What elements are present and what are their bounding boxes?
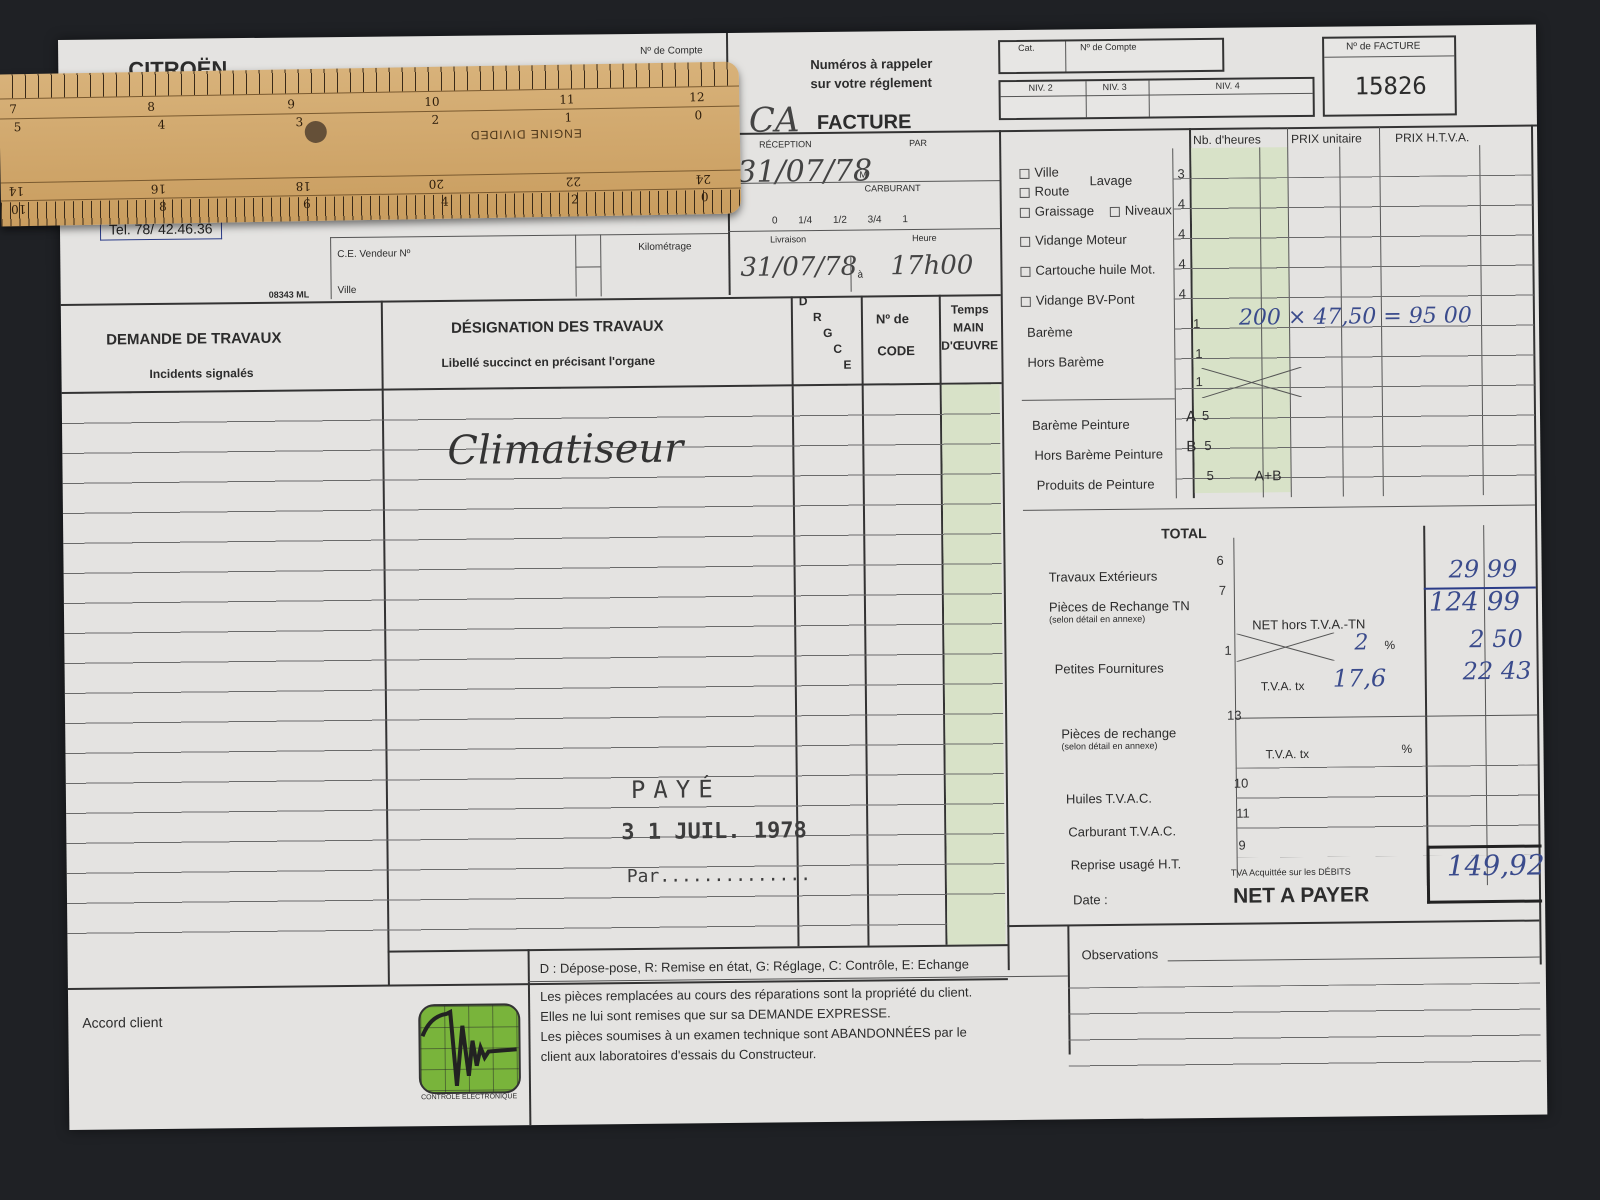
- ruler-number: 7: [9, 102, 17, 116]
- header-price-htva: PRIX H.T.V.A.: [1395, 130, 1469, 145]
- divider: [1235, 715, 1537, 719]
- travaux-ext-label: Travaux Extérieurs: [1049, 569, 1158, 585]
- divider: [1022, 398, 1175, 401]
- drgce-r: R: [813, 310, 822, 324]
- divider: [1148, 81, 1149, 117]
- code-9: 9: [1238, 838, 1245, 853]
- code-4: 4: [1178, 226, 1185, 241]
- divider: [1, 170, 741, 184]
- ruler-stain: [305, 121, 327, 143]
- accord-client-label: Accord client: [82, 1014, 162, 1031]
- designation-subtitle: Libellé succinct en précisant l'organe: [441, 354, 655, 370]
- service-label: Route: [1035, 183, 1070, 198]
- notice-line-2: Elles ne lui sont remises que sur sa DEM…: [540, 1005, 891, 1024]
- service-label: Vidange Moteur: [1035, 232, 1127, 248]
- carburant-label: Carburant T.V.A.C.: [1068, 823, 1176, 839]
- ruler-number: 2: [431, 113, 439, 127]
- ruler-number: 3: [295, 115, 303, 129]
- divider: [575, 266, 600, 267]
- service-niveaux[interactable]: Niveaux: [1110, 202, 1172, 218]
- notice-line-1: Les pièces remplacées au cours des répar…: [540, 984, 972, 1004]
- account-boxes: Cat. Nº de Compte: [998, 38, 1224, 74]
- bareme-peinture-label: Barème Peinture: [1032, 417, 1130, 433]
- bareme-calculation-handwritten: 200 × 47,50 = 95 00: [1239, 303, 1472, 330]
- document-code: 08343 ML: [269, 289, 310, 299]
- checkbox-icon[interactable]: [1019, 168, 1029, 178]
- level-boxes: NIV. 2 NIV. 3 NIV. 4: [998, 77, 1314, 120]
- crossed-cell-icon: [1201, 367, 1301, 398]
- hors-bareme-peinture-label: Hors Barème Peinture: [1034, 446, 1163, 462]
- niv4-label: NIV. 4: [1215, 81, 1239, 91]
- account-label: Nº de Compte: [1080, 42, 1136, 53]
- pieces-rechange-sub: (selon détail en annexe): [1061, 741, 1157, 752]
- pieces-rechange-label: Pièces de rechange: [1061, 725, 1176, 741]
- ruler-number: 1: [564, 110, 572, 124]
- demande-subtitle: Incidents signalés: [149, 366, 253, 381]
- code-4: 4: [1178, 256, 1185, 271]
- ruler-number: 5: [14, 120, 22, 134]
- ruler-number: 12: [689, 90, 705, 104]
- notice-line-3: Les pièces soumises à un examen techniqu…: [540, 1025, 966, 1044]
- service-graissage[interactable]: Graissage: [1020, 203, 1094, 219]
- labor-time-column: [947, 910, 1005, 943]
- electronic-control-logo: [418, 1003, 521, 1094]
- ruler-number: 22: [566, 174, 582, 188]
- fuel-scale: 0 1/4 1/2 3/4 1: [772, 214, 908, 226]
- ruler-number: 16: [151, 182, 167, 196]
- ruler-number: 8: [147, 100, 155, 114]
- code-title-1: Nº de: [876, 311, 909, 326]
- divider: [1001, 93, 1313, 97]
- drgce-d: D: [799, 294, 808, 308]
- service-label: Niveaux: [1125, 202, 1172, 217]
- demande-title: DEMANDE DE TRAVAUX: [106, 330, 281, 349]
- code-5: 5: [1207, 468, 1214, 483]
- observations-lines: [1068, 983, 1541, 1068]
- percent-sign: %: [1384, 638, 1395, 652]
- notice-line-4: client aux laboratoires d'essais du Cons…: [541, 1046, 817, 1064]
- logo-caption: CONTROLE ELECTRONIQUE: [421, 1093, 517, 1101]
- tva-1-percent: 17,6: [1333, 664, 1387, 693]
- pieces-tn-sub: (selon détail en annexe): [1049, 614, 1145, 625]
- bareme-label: Barème: [1027, 324, 1073, 339]
- fuel-three-quarter: 3/4: [868, 214, 882, 225]
- service-vidange-moteur[interactable]: Vidange Moteur: [1020, 232, 1127, 248]
- ruler-number: 4: [158, 118, 166, 132]
- ruler-number: 10: [424, 95, 440, 109]
- reception-date-handwritten: 31/07/78: [737, 153, 872, 189]
- checkbox-icon[interactable]: [1020, 236, 1030, 246]
- code-7: 7: [1219, 583, 1226, 598]
- fuel-half: 1/2: [833, 215, 847, 226]
- at-label: à: [857, 270, 863, 281]
- city-label: Ville: [338, 285, 357, 296]
- divider: [0, 106, 739, 120]
- mileage-label: Kilométrage: [638, 241, 691, 253]
- drgce-c: C: [833, 342, 842, 356]
- invoice-number: 15826: [1354, 72, 1427, 101]
- observations-label: Observations: [1082, 947, 1159, 963]
- cat-label: Cat.: [1018, 43, 1035, 53]
- paid-stamp-by: Par..............: [627, 864, 811, 887]
- delivery-date-handwritten: 31/07/78: [740, 252, 857, 283]
- ruler-number: 11: [559, 92, 575, 106]
- hour-label: Heure: [912, 233, 937, 243]
- bareme-code: 1: [1193, 316, 1200, 331]
- fuel-full: 1: [902, 214, 908, 225]
- paid-stamp-date: 3 1 JUIL. 1978: [621, 818, 807, 845]
- reprise-label: Reprise usagé H.T.: [1071, 856, 1182, 872]
- divider: [1065, 41, 1066, 71]
- service-cartouche[interactable]: Cartouche huile Mot.: [1020, 262, 1155, 278]
- ruler-number: 20: [429, 177, 445, 191]
- service-route[interactable]: Route: [1020, 183, 1070, 199]
- travaux-ext-amount: 29 99: [1448, 555, 1517, 584]
- divider: [330, 233, 728, 238]
- totals-grid: [1236, 765, 1539, 858]
- fuel-quarter: 1/4: [798, 215, 812, 226]
- divider: [1007, 920, 1539, 928]
- huiles-label: Huiles T.V.A.C.: [1066, 791, 1152, 807]
- time-title-1: Temps: [951, 302, 989, 316]
- ruler-number: 24: [696, 172, 712, 186]
- code-5: 5: [1204, 438, 1211, 453]
- niv2-label: NIV. 2: [1029, 83, 1053, 93]
- letter-a: A: [1186, 408, 1196, 425]
- pricing-grid: [1173, 175, 1536, 499]
- petites-fournitures-label: Petites Fournitures: [1055, 660, 1164, 676]
- vendor-label: C.E. Vendeur Nº: [337, 248, 410, 260]
- hors-bareme-code: 1: [1195, 346, 1202, 361]
- net-hors-tva-amount: 124 99: [1429, 587, 1520, 618]
- service-label: Ville: [1034, 165, 1058, 180]
- code-6: 6: [1216, 553, 1223, 568]
- service-vidange-bv[interactable]: Vidange BV-Pont: [1021, 292, 1135, 308]
- invoice-number-box: Nº de FACTURE 15826: [1322, 35, 1457, 116]
- date-label: Date :: [1073, 892, 1108, 907]
- petites-fournitures-amount: 2 50: [1469, 625, 1523, 654]
- divider: [1023, 505, 1535, 511]
- header-unit-price: PRIX unitaire: [1291, 131, 1362, 146]
- ruler-brand: ENGINE DIVIDED: [470, 126, 582, 142]
- code-13: 13: [1227, 708, 1242, 723]
- paid-stamp: PAYÉ: [631, 775, 721, 804]
- checkbox-icon[interactable]: [1020, 207, 1030, 217]
- totals-title: TOTAL: [1161, 525, 1207, 541]
- crossed-cell-icon: [1236, 633, 1334, 662]
- niv3-label: NIV. 3: [1102, 82, 1126, 92]
- account-label-top: Nº de Compte: [640, 45, 703, 57]
- service-label: Graissage: [1035, 203, 1094, 219]
- net-payable-amount: 149,92: [1447, 848, 1545, 882]
- invoice-number-label: Nº de FACTURE: [1346, 41, 1420, 53]
- code-4: 4: [1179, 286, 1186, 301]
- divider: [330, 237, 332, 299]
- checkbox-icon[interactable]: [1020, 266, 1030, 276]
- reception-label: RÉCEPTION: [759, 139, 812, 150]
- divider: [1085, 81, 1086, 117]
- tva-2-label: T.V.A. tx: [1265, 747, 1309, 761]
- tva-2-percent-sign: %: [1401, 742, 1412, 756]
- fuel-0: 0: [772, 215, 778, 226]
- net-payable-label: NET A PAYER: [1233, 883, 1369, 908]
- service-ville[interactable]: Ville: [1019, 165, 1058, 180]
- designation-entry-handwritten: Climatiseur: [447, 425, 683, 473]
- checkbox-icon[interactable]: [1021, 296, 1031, 306]
- service-lavage-label: Lavage: [1089, 173, 1132, 188]
- ruler-number: 9: [287, 97, 295, 111]
- ruler-number: 18: [296, 179, 312, 193]
- petites-fournitures-percent: 2: [1354, 630, 1368, 655]
- time-title-2: MAIN: [953, 320, 984, 334]
- drgce-e: E: [843, 358, 851, 372]
- divider: [1324, 55, 1454, 57]
- drgce-g: G: [823, 326, 832, 340]
- divider: [600, 234, 602, 296]
- checkbox-icon[interactable]: [1110, 206, 1120, 216]
- service-label: Vidange BV-Pont: [1036, 292, 1135, 308]
- code-5: 5: [1202, 408, 1209, 423]
- divider: [728, 228, 1000, 232]
- oscilloscope-wave-icon: [420, 1005, 519, 1092]
- reminder-line-1: Numéros à rappeler: [810, 56, 932, 72]
- drgce-legend: D : Dépose-pose, R: Remise en état, G: R…: [540, 957, 969, 976]
- code-1: 1: [1224, 643, 1231, 658]
- header-hours: Nb. d'heures: [1193, 132, 1261, 147]
- delivery-time-handwritten: 17h00: [890, 250, 973, 281]
- checkbox-icon[interactable]: [1020, 187, 1030, 197]
- ruler-number: 0: [694, 108, 702, 122]
- m-label: M: [859, 170, 867, 180]
- code-3: 3: [1177, 166, 1184, 181]
- tva-1-amount: 22 43: [1463, 657, 1532, 686]
- ruler-number: 14: [9, 184, 25, 198]
- reminder-line-2: sur votre réglement: [810, 75, 932, 91]
- par-label: PAR: [909, 138, 927, 148]
- net-hors-tva-label: NET hors T.V.A.-TN: [1252, 616, 1365, 632]
- code-11: 11: [1236, 806, 1250, 821]
- a-plus-b: A+B: [1255, 467, 1282, 483]
- fuel-label: CARBURANT: [865, 183, 921, 194]
- service-label: Cartouche huile Mot.: [1035, 262, 1155, 278]
- wooden-ruler[interactable]: 7 8 9 10 11 12 5 4 3 2 1 0 ENGINE DIVIDE…: [0, 62, 741, 227]
- code-title-2: CODE: [877, 343, 915, 358]
- delivery-label: Livraison: [770, 234, 806, 244]
- divider: [1168, 957, 1540, 962]
- code-10: 10: [1234, 776, 1249, 791]
- time-title-3: D'ŒUVRE: [941, 338, 998, 353]
- letter-b: B: [1186, 438, 1196, 455]
- produits-peinture-label: Produits de Peinture: [1037, 477, 1155, 493]
- divider: [528, 949, 532, 1125]
- designation-title: DÉSIGNATION DES TRAVAUX: [451, 318, 664, 337]
- code-4: 4: [1178, 196, 1185, 211]
- tva-note: TVA Acquittée sur les DÉBITS: [1231, 867, 1351, 878]
- hors-bareme-label: Hors Barème: [1027, 354, 1104, 370]
- pieces-tn-label: Pièces de Rechange TN: [1049, 598, 1190, 614]
- tva-1-label: T.V.A. tx: [1261, 679, 1305, 693]
